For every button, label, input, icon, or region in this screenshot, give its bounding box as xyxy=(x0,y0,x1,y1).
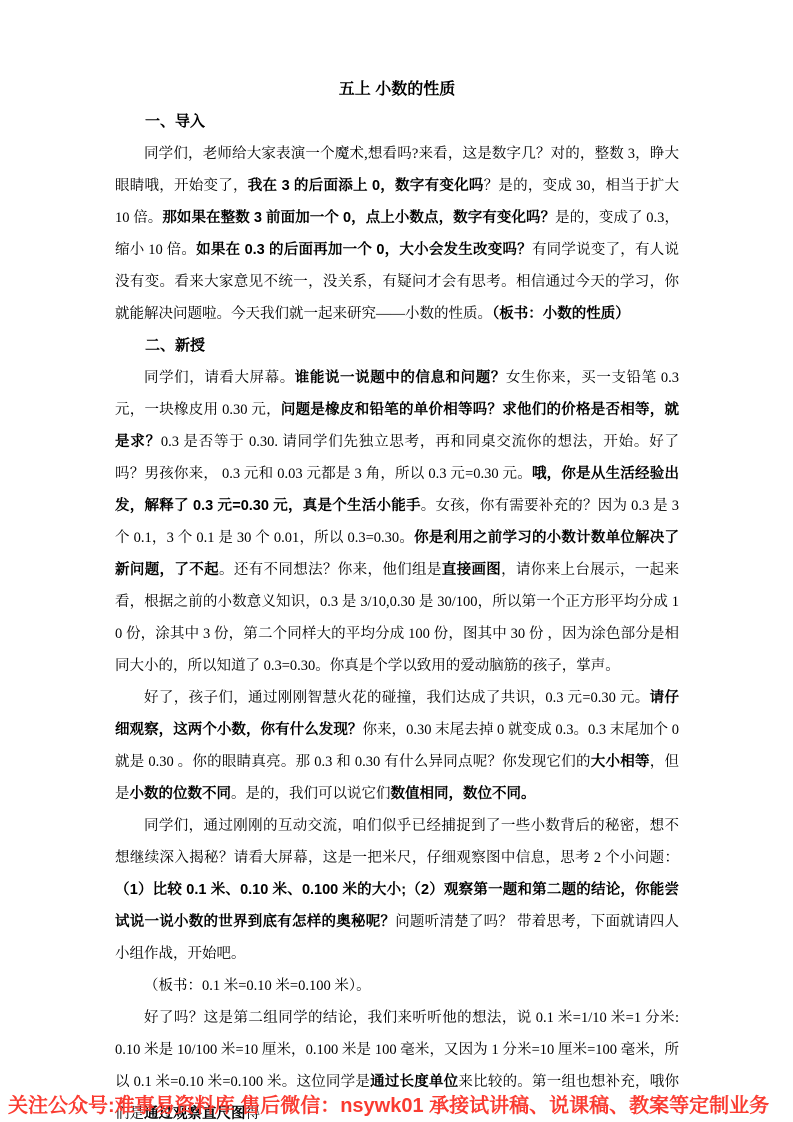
paragraph-intro: 同学们，老师给大家表演一个魔术,想看吗?来看，这是数字几？对的，整数 3，睁大眼… xyxy=(115,138,679,330)
text-run: 。还有不同想法？你来，他们组是 xyxy=(219,562,442,578)
paragraph-ruler-task: 同学们，通过刚刚的互动交流，咱们似乎已经捕捉到了一些小数背后的秘密，想不想继续深… xyxy=(115,810,679,970)
heading-xinshou: 二、新授 xyxy=(115,330,679,362)
promo-footer-text: 关注公众号:难事易资料库 售后微信：nsywk01 承接试讲稿、说课稿、教案等定… xyxy=(8,1093,785,1119)
document-page: 五上 小数的性质 一、导入同学们，老师给大家表演一个魔术,想看吗?来看，这是数字… xyxy=(0,0,793,1122)
bold-text-run: 直接画图 xyxy=(442,562,501,578)
text-run: 好了，孩子们，通过刚刚智慧火花的碰撞，我们达成了共识，0.3 元=0.30 元。 xyxy=(144,690,650,706)
document-body: 一、导入同学们，老师给大家表演一个魔术,想看吗?来看，这是数字几？对的，整数 3… xyxy=(115,106,679,1122)
bold-text-run: 数值相同，数位不同。 xyxy=(391,786,536,802)
bold-text-run: 一、导入 xyxy=(145,113,205,130)
paragraph-consensus: 好了，孩子们，通过刚刚智慧火花的碰撞，我们达成了共识，0.3 元=0.30 元。… xyxy=(115,682,679,810)
bold-text-run: 大小相等 xyxy=(591,754,650,770)
bold-text-run: 小数的位数不同 xyxy=(130,786,232,802)
bold-text-run: 二、新授 xyxy=(145,337,205,354)
bold-text-run: 如果在 0.3 的后面再加一个 0，大小会发生改变吗？ xyxy=(196,242,532,258)
text-run: （板书：0.1 米=0.10 米=0.100 米）。 xyxy=(144,978,371,994)
paragraph-screen-question: 同学们，请看大屏幕。谁能说一说题中的信息和问题？女生你来，买一支铅笔 0.3 元… xyxy=(115,362,679,682)
bold-text-run: 通过长度单位 xyxy=(370,1074,458,1090)
document-title: 五上 小数的性质 xyxy=(115,74,679,106)
text-run: ，请你来上台展示，一起来看，根据之前的小数意义知识，0.3 是 3/10,0.3… xyxy=(115,562,679,674)
bold-text-run: 我在 3 的后面添上 0，数字有变化吗 xyxy=(248,178,484,194)
text-run: 。是的，我们可以说它们 xyxy=(231,786,391,802)
text-run: 同学们，通过刚刚的互动交流，咱们似乎已经捕捉到了一些小数背后的秘密，想不想继续深… xyxy=(115,818,679,866)
bold-text-run: （板书：小数的性质） xyxy=(492,306,630,322)
text-run: 同学们，请看大屏幕。 xyxy=(144,370,295,386)
bold-text-run: 谁能说一说题中的信息和问题？ xyxy=(295,370,506,386)
heading-daoru: 一、导入 xyxy=(115,106,679,138)
bold-text-run: 那如果在整数 3 前面加一个 0，点上小数点，数字有变化吗？ xyxy=(162,210,555,226)
paragraph-banshu: （板书：0.1 米=0.10 米=0.100 米）。 xyxy=(115,970,679,1002)
